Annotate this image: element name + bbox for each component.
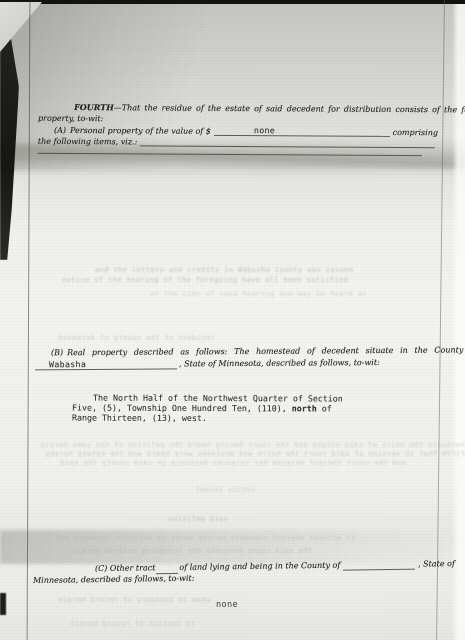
bleedthrough-line: notice of the hearing of the foregoing h… bbox=[62, 276, 348, 284]
bleedthrough-line: resident of the county of deceased bbox=[58, 334, 215, 342]
legal-line2-pre: Five, (5), Township One Hundred Ten, (11… bbox=[72, 402, 292, 413]
item-a-text: Personal property of the value of $ bbox=[70, 126, 211, 137]
bleedthrough-line: FIFTH That in session of said court the … bbox=[45, 450, 465, 458]
legal-line3: Range Thirteen, (13), west. bbox=[72, 413, 343, 424]
bleedthrough-line: whom in boundary of record herein bbox=[58, 596, 210, 604]
fourth-heading: FOURTH bbox=[74, 102, 114, 112]
scanner-edge-top bbox=[0, 0, 465, 4]
bleedthrough-line: at the time of said hearing and may be h… bbox=[150, 290, 367, 298]
c-text3: , State of bbox=[418, 559, 455, 570]
c-short-blank bbox=[156, 564, 178, 574]
items-line-text: the following items, viz.: bbox=[38, 136, 137, 147]
b-county-blank: Wabasha bbox=[35, 358, 177, 370]
b-county-typed-value: Wabasha bbox=[49, 359, 86, 369]
scanned-document-page: and the letters and credits in Wabasha C… bbox=[0, 0, 465, 640]
bleedthrough-line: notice hereof bbox=[195, 486, 255, 494]
fourth-line1-text: —That the residue of the estate of said … bbox=[114, 103, 465, 114]
bleedthrough-line: said petition bbox=[168, 515, 228, 523]
bleedthrough-line: hereunto the heirs of said estate and th… bbox=[40, 441, 465, 449]
section-fourth: FOURTH—That the residue of the estate of… bbox=[38, 102, 438, 157]
bleedthrough-line: and the letters and credits in Wabasha C… bbox=[95, 266, 353, 274]
bleedthrough-line: in witness whereof consents hereby words… bbox=[55, 534, 355, 542]
item-a-label: (A) bbox=[54, 125, 66, 136]
c-typed-value: none bbox=[216, 600, 238, 610]
page-right-margin bbox=[452, 4, 465, 640]
items-blank-line bbox=[140, 137, 435, 149]
item-a-tail: comprising bbox=[393, 128, 438, 139]
item-a-value-blank: none bbox=[214, 125, 390, 137]
bleedthrough-line: and the court thereof entered her releas… bbox=[60, 459, 406, 467]
legal-line2-post: of bbox=[317, 403, 332, 413]
item-a-typed-value: none bbox=[254, 125, 275, 135]
b-line2: Wabasha , State of Minnesota, described … bbox=[35, 356, 439, 371]
scanner-edge-bottom-left bbox=[0, 593, 6, 615]
section-c: (C) Other tract of land lying and being … bbox=[33, 559, 455, 586]
typed-legal-description: The North Half of the Northwest Quarter … bbox=[72, 394, 343, 425]
b-text: Real property described as follows: The … bbox=[67, 345, 465, 357]
b-label: (B) bbox=[51, 348, 63, 357]
c-county-blank bbox=[343, 560, 415, 571]
bleedthrough-line: the said court hereunto the foregoing en… bbox=[72, 547, 312, 555]
b-text-after: , State of Minnesota, described as follo… bbox=[179, 358, 380, 370]
section-b: (B)Real property described as follows: T… bbox=[35, 346, 439, 371]
legal-line2-emphasis: north bbox=[292, 403, 317, 413]
c-label: (C) bbox=[95, 564, 108, 575]
bleedthrough-line: to consist of record herein bbox=[70, 620, 195, 628]
c-text2: of land lying and being in the County of bbox=[179, 561, 340, 574]
c-text1: Other tract bbox=[110, 564, 156, 575]
